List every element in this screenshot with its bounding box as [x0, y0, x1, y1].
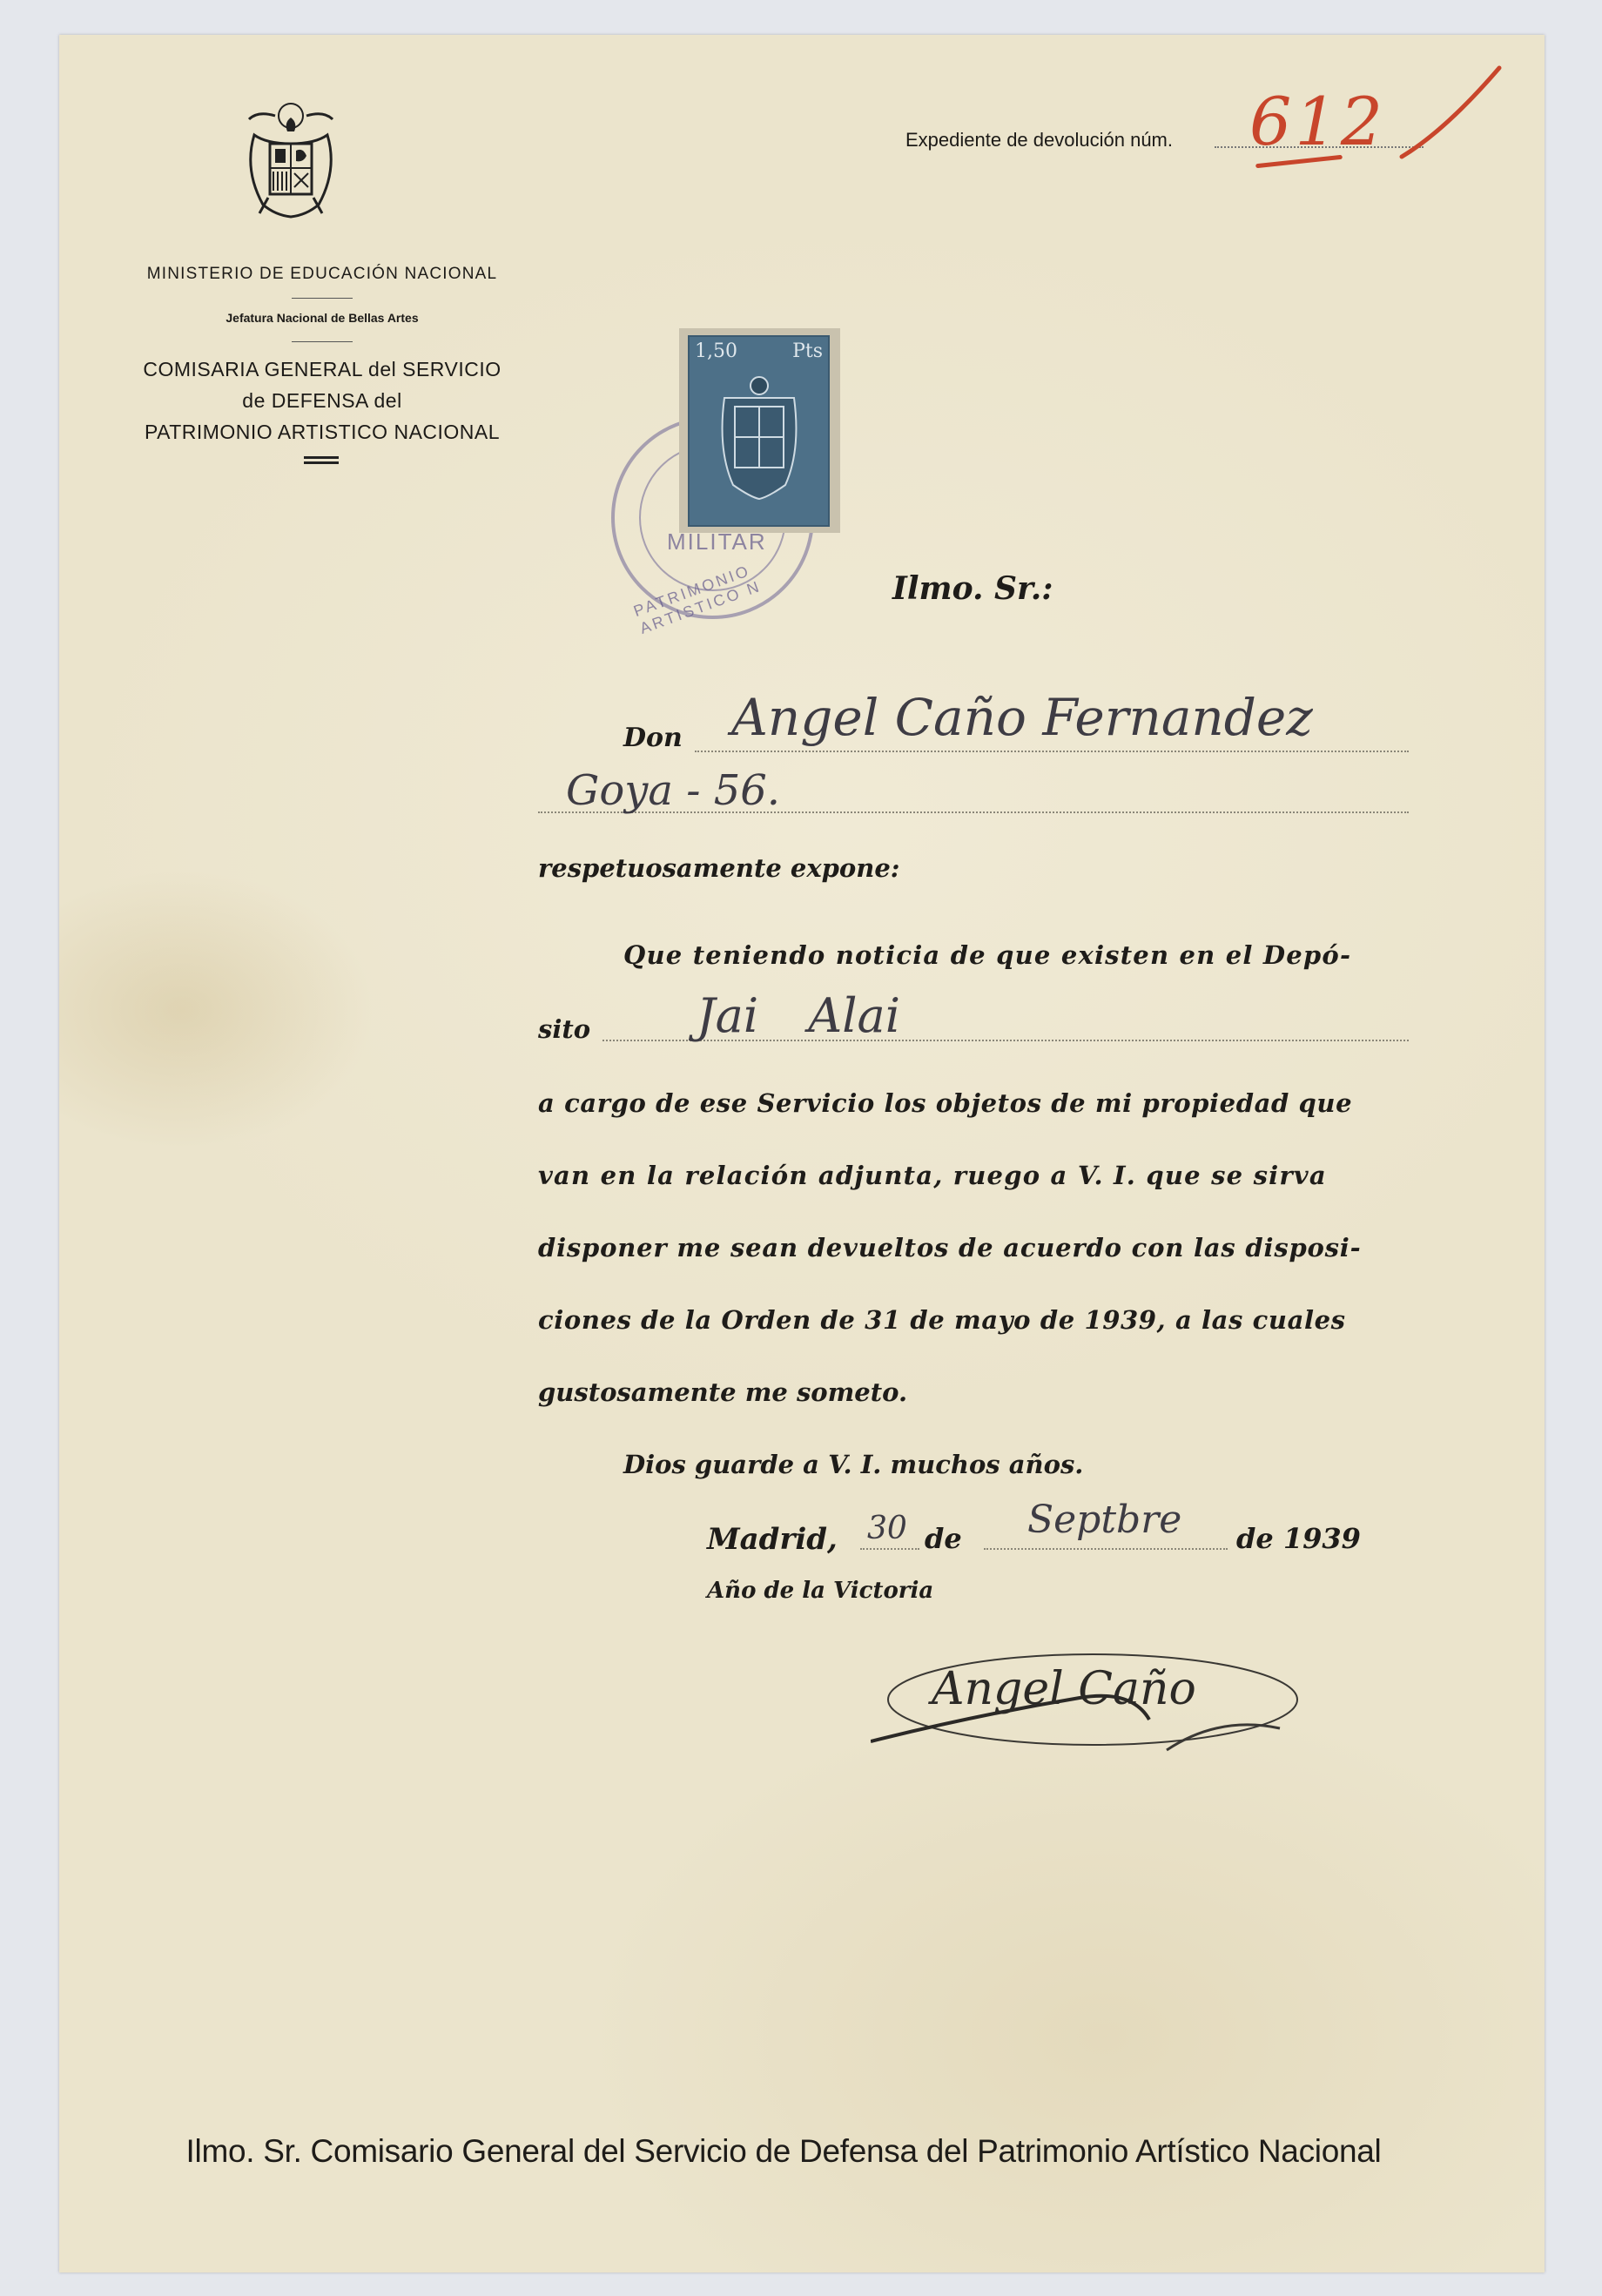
- check-mark-icon: [1393, 61, 1506, 165]
- letterhead-divider: [292, 298, 353, 299]
- letterhead-divider: [292, 341, 353, 342]
- stamp-currency: Pts: [792, 340, 823, 362]
- deposit-label: sito: [538, 1014, 590, 1044]
- date-day-line: [860, 1548, 919, 1550]
- date-de-label: de: [925, 1522, 962, 1555]
- petitioner-name-line: [695, 751, 1409, 752]
- date-month-line: [984, 1548, 1228, 1550]
- closing-text: Dios guarde a V. I. muchos años.: [623, 1450, 1083, 1479]
- letterhead-double-rule: [304, 456, 339, 464]
- commission-line-3: PATRIMONIO ARTISTICO NACIONAL: [104, 416, 540, 448]
- commission-line-1: COMISARIA GENERAL del SERVICIO: [104, 353, 540, 385]
- date-year: de 1939: [1236, 1522, 1361, 1555]
- stamp-crest-icon: [716, 372, 803, 502]
- addressee-footer: Ilmo. Sr. Comisario General del Servicio…: [104, 2133, 1463, 2170]
- body-line-1: Que teniendo noticia de que existen en e…: [623, 940, 1351, 970]
- file-number-label: Expediente de devolución núm.: [905, 129, 1173, 151]
- body-line-2: a cargo de ese Servicio los objetos de m…: [538, 1088, 1352, 1118]
- date-month: Septbre: [1027, 1498, 1181, 1542]
- petitioner-label: Don: [623, 723, 683, 753]
- deposit-value: Jai Alai: [697, 988, 900, 1043]
- body-line-4: disponer me sean devueltos de acuerdo co…: [538, 1233, 1361, 1262]
- intro-text: respetuosamente expone:: [538, 853, 900, 883]
- date-era: Año de la Victoria: [707, 1578, 933, 1604]
- commission-line-2: de DEFENSA del: [104, 385, 540, 416]
- date-city: Madrid,: [707, 1522, 838, 1557]
- revenue-stamp: 1,50 Pts: [679, 328, 840, 533]
- body-line-5: ciones de la Orden de 31 de mayo de 1939…: [538, 1305, 1346, 1335]
- body-line-3: van en la relación adjunta, ruego a V. I…: [538, 1161, 1327, 1190]
- file-number-value: 612: [1249, 83, 1386, 160]
- stamp-value: 1,50: [695, 340, 737, 362]
- ministry-name: MINISTERIO DE EDUCACIÓN NACIONAL: [104, 265, 540, 284]
- petitioner-name: Angel Caño Fernandez: [731, 688, 1313, 747]
- petitioner-address: Goya - 56.: [566, 766, 780, 815]
- signature: Angel Caño: [871, 1646, 1306, 1759]
- salutation: Ilmo. Sr.:: [892, 570, 1053, 607]
- date-day: 30: [867, 1511, 907, 1546]
- coat-of-arms-icon: [242, 100, 340, 222]
- department-name: Jefatura Nacional de Bellas Artes: [104, 311, 540, 325]
- body-line-6: gustosamente me someto.: [538, 1377, 907, 1407]
- signature-text: Angel Caño: [932, 1663, 1196, 1715]
